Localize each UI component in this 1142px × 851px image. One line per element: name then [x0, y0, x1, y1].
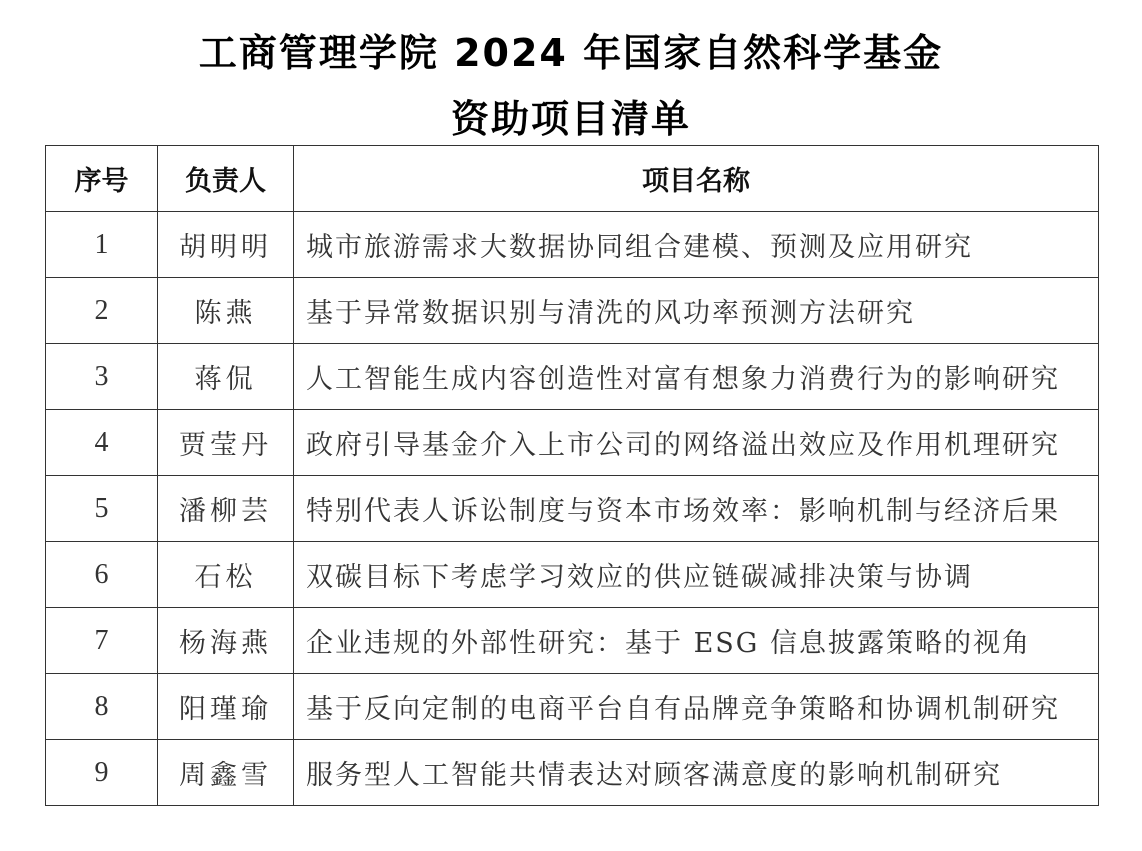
row-leader: 蒋侃: [158, 344, 294, 410]
row-serial-number: 1: [46, 212, 158, 278]
table-header-row: 序号 负责人 项目名称: [46, 146, 1099, 212]
table-row: 5 潘柳芸 特别代表人诉讼制度与资本市场效率：影响机制与经济后果: [46, 476, 1099, 542]
row-leader: 陈燕: [158, 278, 294, 344]
document-title-line1: 工商管理学院 2024 年国家自然科学基金: [0, 22, 1142, 77]
row-project-name: 特别代表人诉讼制度与资本市场效率：影响机制与经济后果: [294, 476, 1099, 542]
row-leader: 胡明明: [158, 212, 294, 278]
table-row: 6 石松 双碳目标下考虑学习效应的供应链碳减排决策与协调: [46, 542, 1099, 608]
row-project-name: 政府引导基金介入上市公司的网络溢出效应及作用机理研究: [294, 410, 1099, 476]
row-leader: 阳瑾瑜: [158, 674, 294, 740]
row-serial-number: 3: [46, 344, 158, 410]
row-project-name: 双碳目标下考虑学习效应的供应链碳减排决策与协调: [294, 542, 1099, 608]
table-row: 8 阳瑾瑜 基于反向定制的电商平台自有品牌竞争策略和协调机制研究: [46, 674, 1099, 740]
row-serial-number: 7: [46, 608, 158, 674]
row-leader: 潘柳芸: [158, 476, 294, 542]
table-row: 1 胡明明 城市旅游需求大数据协同组合建模、预测及应用研究: [46, 212, 1099, 278]
row-project-name: 服务型人工智能共情表达对顾客满意度的影响机制研究: [294, 740, 1099, 806]
row-leader: 贾莹丹: [158, 410, 294, 476]
row-serial-number: 8: [46, 674, 158, 740]
row-leader: 石松: [158, 542, 294, 608]
row-project-name: 城市旅游需求大数据协同组合建模、预测及应用研究: [294, 212, 1099, 278]
row-serial-number: 5: [46, 476, 158, 542]
header-project-name: 项目名称: [294, 146, 1099, 212]
header-leader: 负责人: [158, 146, 294, 212]
funded-projects-table: 序号 负责人 项目名称 1 胡明明 城市旅游需求大数据协同组合建模、预测及应用研…: [45, 145, 1099, 806]
row-leader: 周鑫雪: [158, 740, 294, 806]
document-title-line2: 资助项目清单: [0, 88, 1142, 143]
table-row: 4 贾莹丹 政府引导基金介入上市公司的网络溢出效应及作用机理研究: [46, 410, 1099, 476]
row-project-name: 基于异常数据识别与清洗的风功率预测方法研究: [294, 278, 1099, 344]
row-leader: 杨海燕: [158, 608, 294, 674]
row-serial-number: 2: [46, 278, 158, 344]
row-serial-number: 9: [46, 740, 158, 806]
header-serial-number: 序号: [46, 146, 158, 212]
row-project-name: 企业违规的外部性研究：基于 ESG 信息披露策略的视角: [294, 608, 1099, 674]
row-project-name: 人工智能生成内容创造性对富有想象力消费行为的影响研究: [294, 344, 1099, 410]
row-project-name: 基于反向定制的电商平台自有品牌竞争策略和协调机制研究: [294, 674, 1099, 740]
table-row: 2 陈燕 基于异常数据识别与清洗的风功率预测方法研究: [46, 278, 1099, 344]
table-row: 3 蒋侃 人工智能生成内容创造性对富有想象力消费行为的影响研究: [46, 344, 1099, 410]
table-row: 9 周鑫雪 服务型人工智能共情表达对顾客满意度的影响机制研究: [46, 740, 1099, 806]
row-serial-number: 4: [46, 410, 158, 476]
table-row: 7 杨海燕 企业违规的外部性研究：基于 ESG 信息披露策略的视角: [46, 608, 1099, 674]
row-serial-number: 6: [46, 542, 158, 608]
